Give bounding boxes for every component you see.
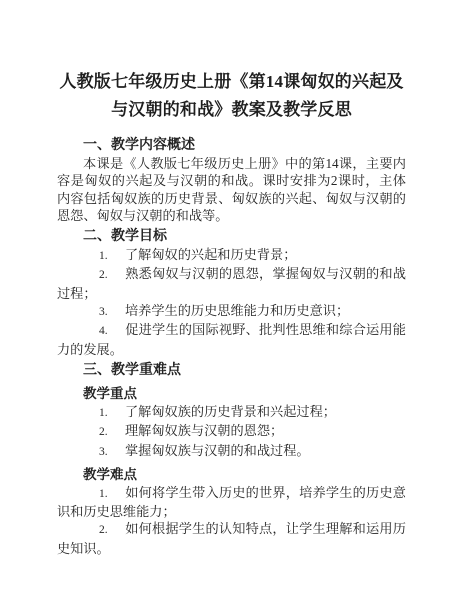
goal-item: 4.促进学生的国际视野、批判性思维和综合运用能力的发展。 — [57, 321, 406, 358]
document-title-line-1: 人教版七年级历史上册《第14课匈奴的兴起及 — [57, 68, 406, 96]
goal-item-number: 3. — [99, 304, 125, 321]
overview-paragraph: 本课是《人教版七年级历史上册》中的第14课，主要内容是匈奴的兴起及与汉朝的和战。… — [57, 155, 406, 224]
document-page: 人教版七年级历史上册《第14课匈奴的兴起及 与汉朝的和战》教案及教学反思 一、教… — [0, 0, 463, 600]
key-points-subheading: 教学重点 — [57, 385, 406, 403]
key-point-number: 3. — [99, 444, 125, 461]
goals-list: 1.了解匈奴的兴起和历史背景； 2.熟悉匈奴与汉朝的恩怨，掌握匈奴与汉朝的和战过… — [57, 246, 406, 358]
section-goals-heading: 二、教学目标 — [57, 228, 406, 246]
document-title-line-2: 与汉朝的和战》教案及教学反思 — [57, 96, 406, 124]
key-point-item: 3.掌握匈奴族与汉朝的和战过程。 — [57, 442, 406, 461]
goal-item-text: 培养学生的历史思维能力和历史意识； — [125, 303, 349, 318]
key-point-number: 1. — [99, 405, 125, 422]
section-overview: 一、教学内容概述 本课是《人教版七年级历史上册》中的第14课，主要内容是匈奴的兴… — [57, 137, 406, 224]
section-focus-heading: 三、教学重难点 — [57, 362, 406, 380]
document-title: 人教版七年级历史上册《第14课匈奴的兴起及 与汉朝的和战》教案及教学反思 — [57, 68, 406, 124]
goal-item-number: 2. — [99, 267, 125, 284]
difficult-point-item: 1.如何将学生带入历史的世界，培养学生的历史意识和历史思维能力； — [57, 484, 406, 521]
key-point-text: 掌握匈奴族与汉朝的和战过程。 — [125, 443, 310, 458]
difficult-points-list: 1.如何将学生带入历史的世界，培养学生的历史意识和历史思维能力； 2.如何根据学… — [57, 484, 406, 557]
key-points-list: 1.了解匈奴族的历史背景和兴起过程； 2.理解匈奴族与汉朝的恩怨； 3.掌握匈奴… — [57, 403, 406, 461]
difficult-point-item: 2.如何根据学生的认知特点，让学生理解和运用历史知识。 — [57, 520, 406, 557]
goal-item: 1.了解匈奴的兴起和历史背景； — [57, 246, 406, 265]
goal-item: 2.熟悉匈奴与汉朝的恩怨，掌握匈奴与汉朝的和战过程； — [57, 265, 406, 302]
goal-item-number: 4. — [99, 323, 125, 340]
key-point-item: 2.理解匈奴族与汉朝的恩怨； — [57, 422, 406, 441]
key-point-number: 2. — [99, 424, 125, 441]
goal-item-text: 了解匈奴的兴起和历史背景； — [125, 247, 296, 262]
section-overview-heading: 一、教学内容概述 — [57, 137, 406, 155]
section-goals: 二、教学目标 1.了解匈奴的兴起和历史背景； 2.熟悉匈奴与汉朝的恩怨，掌握匈奴… — [57, 228, 406, 358]
difficult-point-number: 1. — [99, 486, 125, 503]
difficult-point-number: 2. — [99, 522, 125, 539]
key-point-item: 1.了解匈奴族的历史背景和兴起过程； — [57, 403, 406, 422]
section-focus: 三、教学重难点 教学重点 1.了解匈奴族的历史背景和兴起过程； 2.理解匈奴族与… — [57, 362, 406, 557]
key-point-text: 理解匈奴族与汉朝的恩怨； — [125, 423, 283, 438]
goal-item: 3.培养学生的历史思维能力和历史意识； — [57, 302, 406, 321]
goal-item-number: 1. — [99, 248, 125, 265]
difficult-points-subheading: 教学难点 — [57, 466, 406, 484]
key-point-text: 了解匈奴族的历史背景和兴起过程； — [125, 404, 336, 419]
